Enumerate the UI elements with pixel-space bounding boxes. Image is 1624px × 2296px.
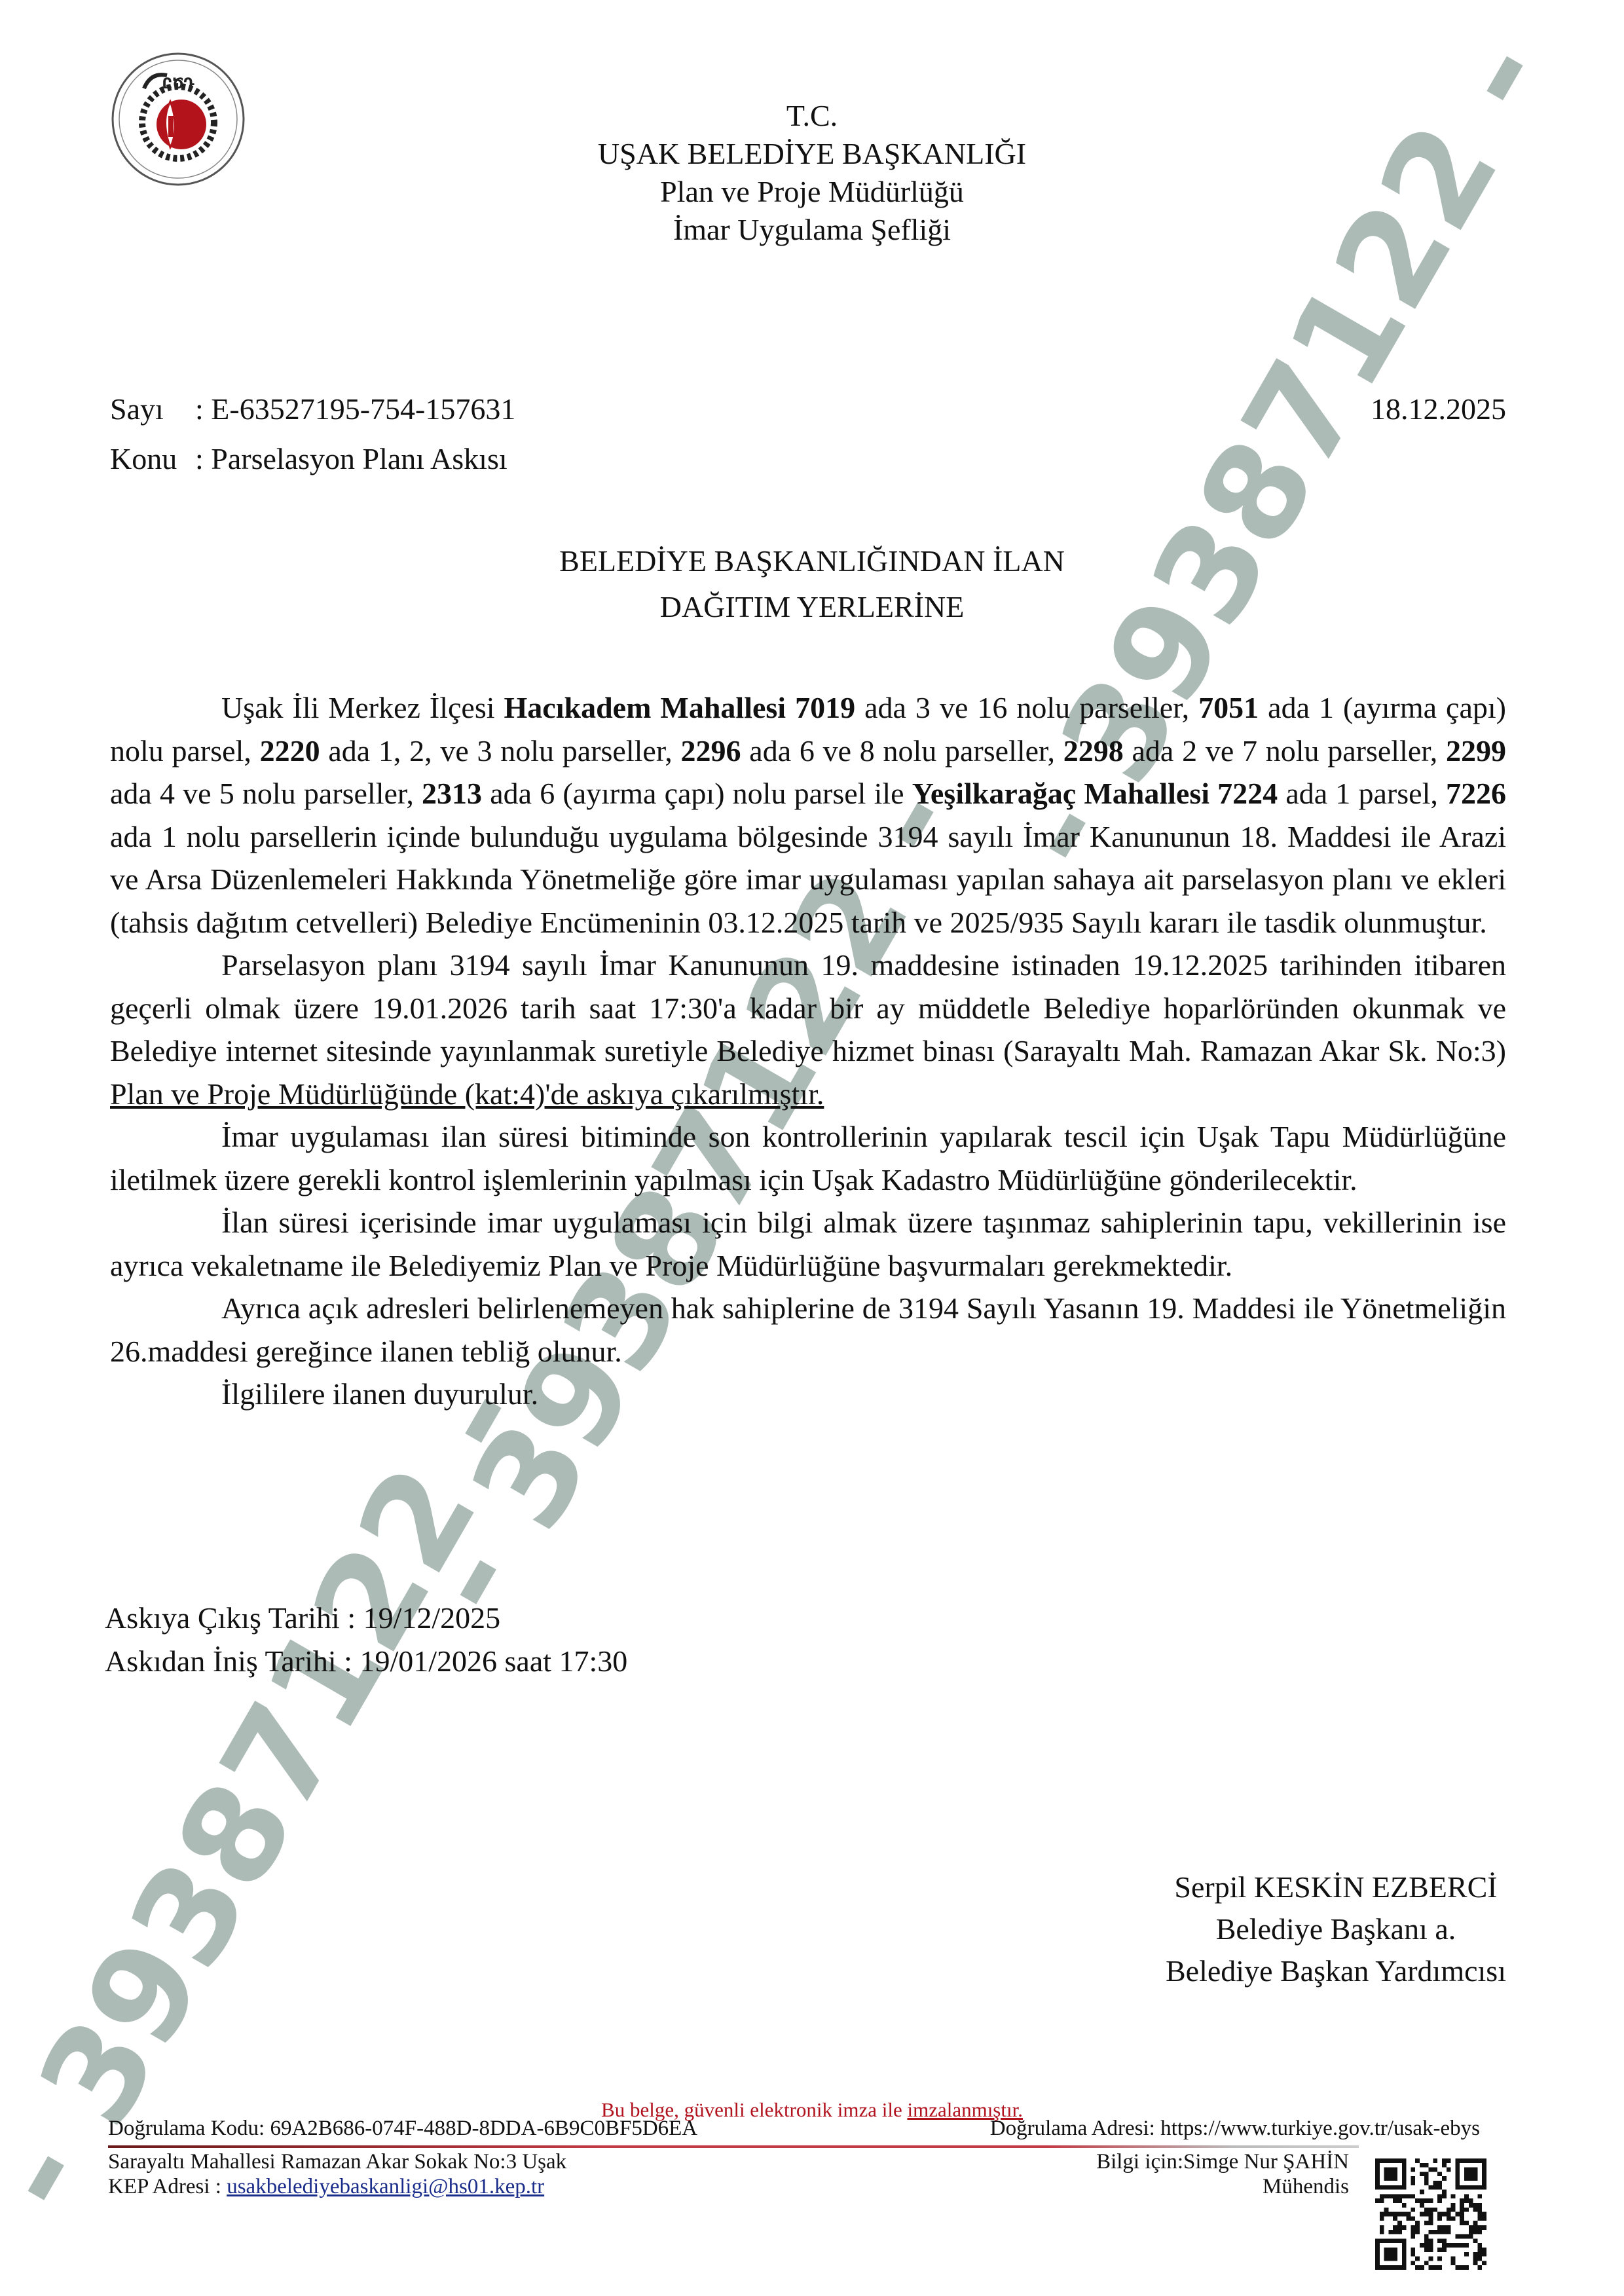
paragraph-1: Uşak İli Merkez İlçesi Hacıkadem Mahalle… [110, 686, 1506, 944]
contact-role: Mühendis [1096, 2174, 1349, 2199]
posting-end-date: Askıdan İniş Tarihi : 19/01/2026 saat 17… [105, 1640, 627, 1683]
header-institution: UŞAK BELEDİYE BAŞKANLIĞI [0, 135, 1624, 173]
document-date: 18.12.2025 [1371, 392, 1506, 426]
header-tc: T.C. [0, 97, 1624, 135]
paragraph-4: İlan süresi içerisinde imar uygulaması i… [110, 1201, 1506, 1287]
kep-address-link[interactable]: usakbelediyebaskanligi@hs01.kep.tr [227, 2175, 544, 2198]
verification-row: Doğrulama Kodu: 69A2B686-074F-488D-8DDA-… [108, 2117, 1506, 2141]
signature-block: Serpil KESKİN EZBERCİ Belediye Başkanı a… [1166, 1866, 1506, 1992]
letterhead: T.C. UŞAK BELEDİYE BAŞKANLIĞI Plan ve Pr… [0, 97, 1624, 249]
konu-row: Konu: Parselasyon Planı Askısı [110, 440, 507, 478]
sayi-row: Sayı: E-63527195-754-157631 [110, 390, 515, 428]
footer-address-block: Sarayaltı Mahallesi Ramazan Akar Sokak N… [108, 2149, 566, 2199]
signatory-title-2: Belediye Başkan Yardımcısı [1166, 1950, 1506, 1992]
posting-dates: Askıya Çıkış Tarihi : 19/12/2025 Askıdan… [105, 1597, 627, 1683]
paragraph-2: Parselasyon planı 3194 sayılı İmar Kanun… [110, 944, 1506, 1115]
verification-code: Doğrulama Kodu: 69A2B686-074F-488D-8DDA-… [108, 2117, 697, 2141]
header-unit: İmar Uygulama Şefliği [0, 211, 1624, 249]
announcement-title: BELEDİYE BAŞKANLIĞINDAN İLAN DAĞITIM YER… [0, 538, 1624, 630]
signatory-name: Serpil KESKİN EZBERCİ [1166, 1866, 1506, 1908]
contact-person: Bilgi için:Simge Nur ŞAHİN [1096, 2149, 1349, 2174]
paragraph-3: İmar uygulaması ilan süresi bitiminde so… [110, 1115, 1506, 1201]
qr-code-icon[interactable] [1375, 2158, 1486, 2270]
verification-address[interactable]: Doğrulama Adresi: https://www.turkiye.go… [990, 2117, 1480, 2141]
konu-label: Konu [110, 440, 195, 478]
paragraph-5: Ayrıca açık adresleri belirlenemeyen hak… [110, 1287, 1506, 1373]
contact-info: Bilgi için:Simge Nur ŞAHİN Mühendis [1096, 2149, 1349, 2199]
konu-value: : Parselasyon Planı Askısı [195, 442, 507, 475]
kep-row: KEP Adresi : usakbelediyebaskanligi@hs01… [108, 2174, 566, 2199]
title-line-1: BELEDİYE BAŞKANLIĞINDAN İLAN [0, 538, 1624, 584]
paragraph-6: İlgililere ilanen duyurulur. [110, 1373, 1506, 1416]
posting-start-date: Askıya Çıkış Tarihi : 19/12/2025 [105, 1597, 627, 1640]
footer-divider [108, 2145, 1359, 2148]
sayi-value: : E-63527195-754-157631 [195, 392, 515, 426]
postal-address: Sarayaltı Mahallesi Ramazan Akar Sokak N… [108, 2149, 566, 2174]
posting-location: Plan ve Proje Müdürlüğünde (kat:4)'de as… [110, 1077, 824, 1111]
header-directorate: Plan ve Proje Müdürlüğü [0, 173, 1624, 211]
sayi-label: Sayı [110, 390, 195, 428]
signatory-title-1: Belediye Başkanı a. [1166, 1908, 1506, 1950]
svg-text:ԸԾԴ: ԸԾԴ [162, 76, 194, 92]
title-line-2: DAĞITIM YERLERİNE [0, 584, 1624, 630]
announcement-body: Uşak İli Merkez İlçesi Hacıkadem Mahalle… [110, 686, 1506, 1416]
